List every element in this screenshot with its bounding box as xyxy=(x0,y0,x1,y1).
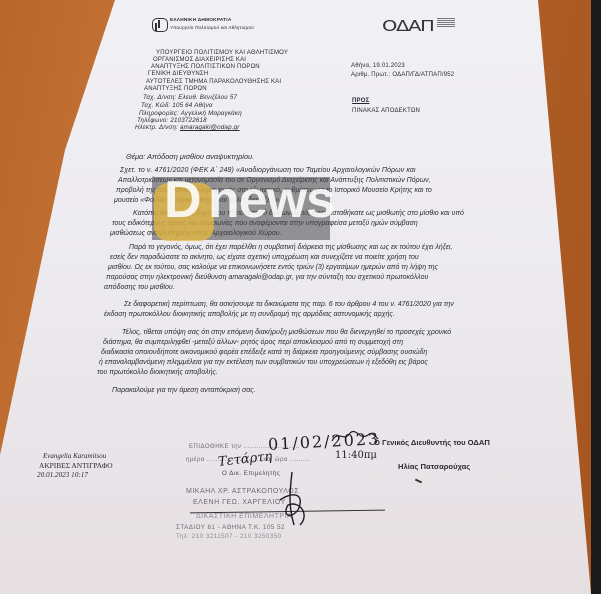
republic-label: ΕΛΛΗΝΙΚΗ ΔΗΜΟΚΡΑΤΙΑ xyxy=(170,18,231,23)
recipients-label: ΠΙΝΑΚΑΣ ΑΠΟΔΕΚΤΩΝ xyxy=(352,108,420,114)
odap-logo-tagline xyxy=(437,18,455,27)
info-line: Πληροφορίες: Αγγελική Μαραγκάκη xyxy=(139,110,242,117)
ministry-line: ΥΠΟΥΡΓΕΙΟ ΠΟΛΙΤΙΣΜΟΥ ΚΑΙ ΑΘΛΗΤΙΣΜΟΥ xyxy=(156,50,288,56)
watermark-letter: D xyxy=(164,170,202,230)
paragraph3-line: έκδοση πρωτοκόλλου διοικητικής αποβολής … xyxy=(104,309,395,320)
paragraph4-line: του πρωτόκολλο διοικητικής αποβολής. xyxy=(97,367,218,378)
handwritten-service-time: 11:40πμ xyxy=(335,450,377,461)
pen-mark xyxy=(415,479,422,484)
director-signature-icon xyxy=(330,425,380,447)
copy-stamp-datetime: 20.01.2023 10:17 xyxy=(37,471,88,479)
email-label: Ηλεκτρ. Δ/νση: xyxy=(135,124,178,131)
document-page: ΕΛΛΗΝΙΚΗ ΔΗΜΟΚΡΑΤΙΑ Υπουργείο Πολιτισμού… xyxy=(0,0,601,594)
paragraph2-line: απόδοσης του μισθίου. xyxy=(104,282,175,293)
org-line-2: ΑΝΑΠΤΥΞΗΣ ΠΟΛΙΤΙΣΤΙΚΩΝ ΠΟΡΩΝ xyxy=(151,64,260,70)
email-line: Ηλεκτρ. Δ/νση: amaragaki@odap.gr xyxy=(135,124,240,131)
phone-line: Τηλέφωνο: 2103722618 xyxy=(137,117,207,124)
greek-emblem-icon xyxy=(152,18,168,32)
document-date: Αθήνα, 19.01.2023 xyxy=(351,63,405,69)
to-label: ΠΡΟΣ xyxy=(352,98,369,104)
directorate-line: ΓΕΝΙΚΗ ΔΙΕΥΘΥΝΣΗ xyxy=(148,71,208,77)
email-link[interactable]: amaragaki@odap.gr xyxy=(180,124,240,131)
service-stamp-address: ΣΤΑΔΙΟΥ 61 - ΑΘΗΝΑ Τ.Κ. 105 52 xyxy=(176,524,285,531)
handwritten-service-day: Τετάρτη xyxy=(217,449,273,470)
postal-line: Ταχ. Κώδ: 105 64 Αθήνα xyxy=(141,102,213,109)
closing-line: Παρακαλούμε για την άμεση ανταπόκρισή σα… xyxy=(112,385,256,396)
org-line-1: ΟΡΓΑΝΙΣΜΟΣ ΔΙΑΧΕΙΡΙΣΗΣ ΚΑΙ xyxy=(153,57,246,63)
ministry-small-label: Υπουργείο Πολιτισμού και Αθλητισμού xyxy=(170,25,254,30)
copy-stamp-name: Evangelia Karamitsou xyxy=(43,452,106,460)
signatory-name: Ηλίας Πατσαρούχας xyxy=(398,462,470,471)
screen-edge xyxy=(591,0,601,594)
department-line-1: ΑΥΤΟΤΕΛΕΣ ΤΜΗΜΑ ΠΑΡΑΚΟΛΟΥΘΗΣΗΣ ΚΑΙ xyxy=(146,79,281,85)
odap-logo: ΟΔΑΠ xyxy=(382,17,433,35)
address-line: Ταχ. Δ/νση: Ελευθ. Βενιζέλου 57 xyxy=(143,94,237,101)
service-stamp-phones: Τηλ: 210 3211507 - 210 3250350 xyxy=(176,533,282,540)
protocol-number: Αριθμ. Πρωτ.: ΟΔΑΠ/ΓΔ/ΑΤΠΑΠ/952 xyxy=(351,72,454,78)
signatory-title: Ο Γενικός Διευθυντής του ΟΔΑΠ xyxy=(374,438,490,447)
department-line-2: ΑΝΑΠΤΥΞΗΣ ΠΟΡΩΝ xyxy=(144,86,207,92)
handwritten-mark-a: Α xyxy=(579,266,587,279)
officer-signature-icon xyxy=(270,470,320,530)
copy-stamp-label: ΑΚΡΙΒΕΣ ΑΝΤΙΓΡΑΦΟ xyxy=(39,461,113,470)
subject-line: Θέμα: Απόδοση μισθίου αναψυκτηρίου. xyxy=(126,151,254,162)
handwritten-mark-b: Β xyxy=(575,297,583,310)
watermark-text: news xyxy=(208,170,334,230)
